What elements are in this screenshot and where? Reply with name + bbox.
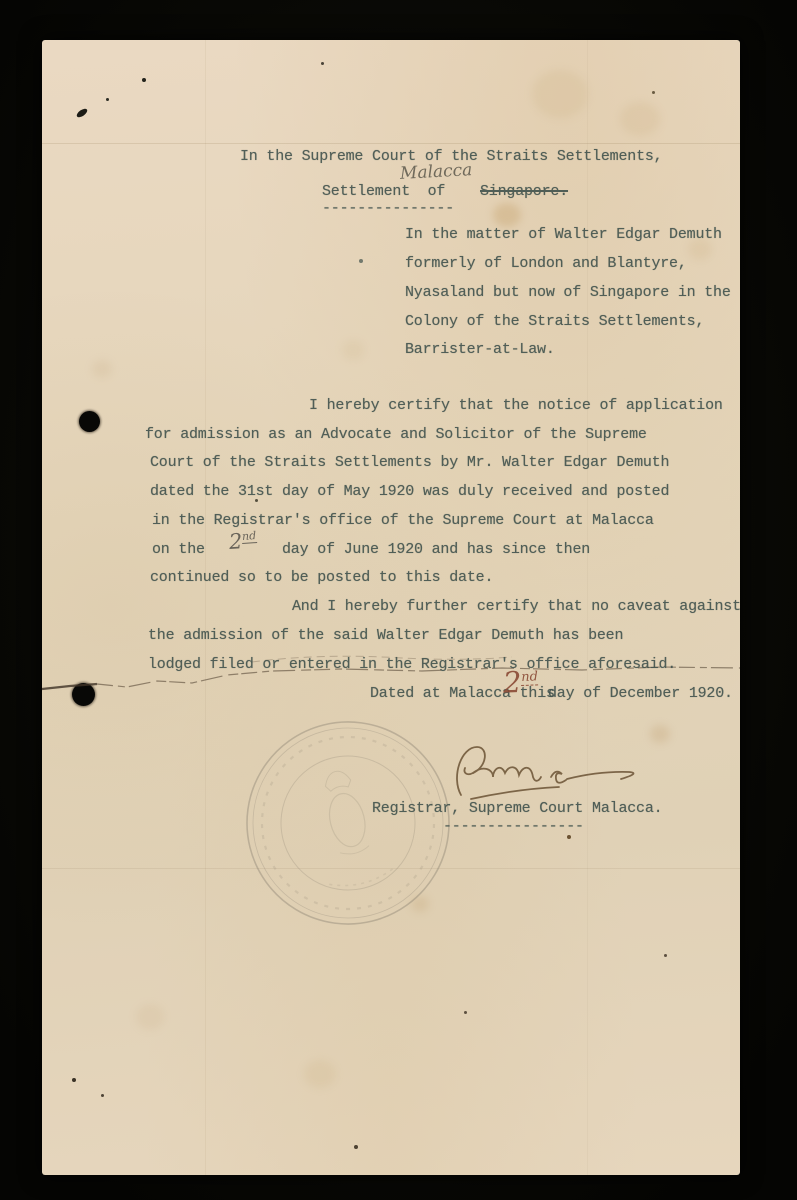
paper-speck	[142, 78, 146, 82]
paper-stain	[304, 1060, 336, 1088]
handwritten-day-december-ordinal: nd	[521, 670, 538, 687]
certification-line: for admission as an Advocate and Solicit…	[145, 426, 647, 444]
certification-line: And I hereby further certify that no cav…	[292, 598, 740, 616]
scan-background: In the Supreme Court of the Straits Sett…	[0, 0, 797, 1200]
certification-line: in the Registrar's office of the Supreme…	[152, 512, 654, 530]
dated-line-rest: day of December 1920.	[548, 685, 733, 703]
fold-line-horizontal	[42, 143, 740, 144]
matter-line: In the matter of Walter Edgar Demuth	[405, 226, 722, 244]
paper-speck	[664, 954, 667, 957]
paper-stain	[136, 1004, 164, 1030]
certification-line: Court of the Straits Settlements by Mr. …	[150, 454, 669, 472]
paper-speck	[354, 1145, 358, 1149]
handwritten-day-december: 2nd	[502, 664, 538, 699]
paper-speck	[652, 91, 655, 94]
paper-stain	[493, 203, 521, 227]
registrar-title: Registrar, Supreme Court Malacca.	[372, 800, 662, 818]
handwritten-day-december-number: 2	[502, 665, 522, 700]
certification-line: dated the 31st day of May 1920 was duly …	[150, 483, 669, 501]
matter-line: Colony of the Straits Settlements,	[405, 313, 704, 331]
matter-line: Barrister-at-Law.	[405, 341, 555, 359]
fold-line-vertical	[205, 40, 206, 1175]
paper-speck	[106, 98, 109, 101]
paper-speck	[321, 62, 324, 65]
certification-line: lodged filed or entered in the Registrar…	[148, 656, 676, 674]
punch-hole-top	[79, 411, 100, 432]
ink-dot	[359, 259, 363, 263]
certification-line: the admission of the said Walter Edgar D…	[148, 627, 623, 645]
certification-line: I hereby certify that the notice of appl…	[309, 397, 723, 415]
paper-stain	[532, 70, 588, 118]
matter-line: formerly of London and Blantyre,	[405, 255, 687, 273]
court-seal-stamp	[235, 710, 461, 936]
paper-speck	[72, 1078, 76, 1082]
certification-line-june-prefix: on the	[152, 541, 205, 559]
paper-stain	[342, 340, 364, 360]
matter-line: Nyasaland but now of Singapore in the	[405, 284, 731, 302]
paper-speck	[75, 107, 88, 119]
handwritten-malacca: Malacca	[400, 160, 473, 184]
settlement-line-prefix: Settlement of	[322, 183, 445, 201]
settlement-struck-text: Singapore.	[480, 183, 568, 201]
header-divider: ---------------	[322, 200, 454, 218]
document-paper: In the Supreme Court of the Straits Sett…	[42, 40, 740, 1175]
paper-speck	[464, 1011, 467, 1014]
paper-stain	[92, 360, 112, 378]
certification-line-june-rest: day of June 1920 and has since then	[282, 541, 590, 559]
paper-speck	[101, 1094, 104, 1097]
paper-stain	[620, 102, 660, 136]
registrar-signature	[447, 735, 657, 810]
handwritten-day-june-ordinal: nd	[242, 529, 257, 544]
registrar-divider: ----------------	[443, 818, 584, 836]
certification-line: continued so to be posted to this date.	[150, 569, 493, 587]
handwritten-day-june: 2nd	[228, 528, 257, 554]
